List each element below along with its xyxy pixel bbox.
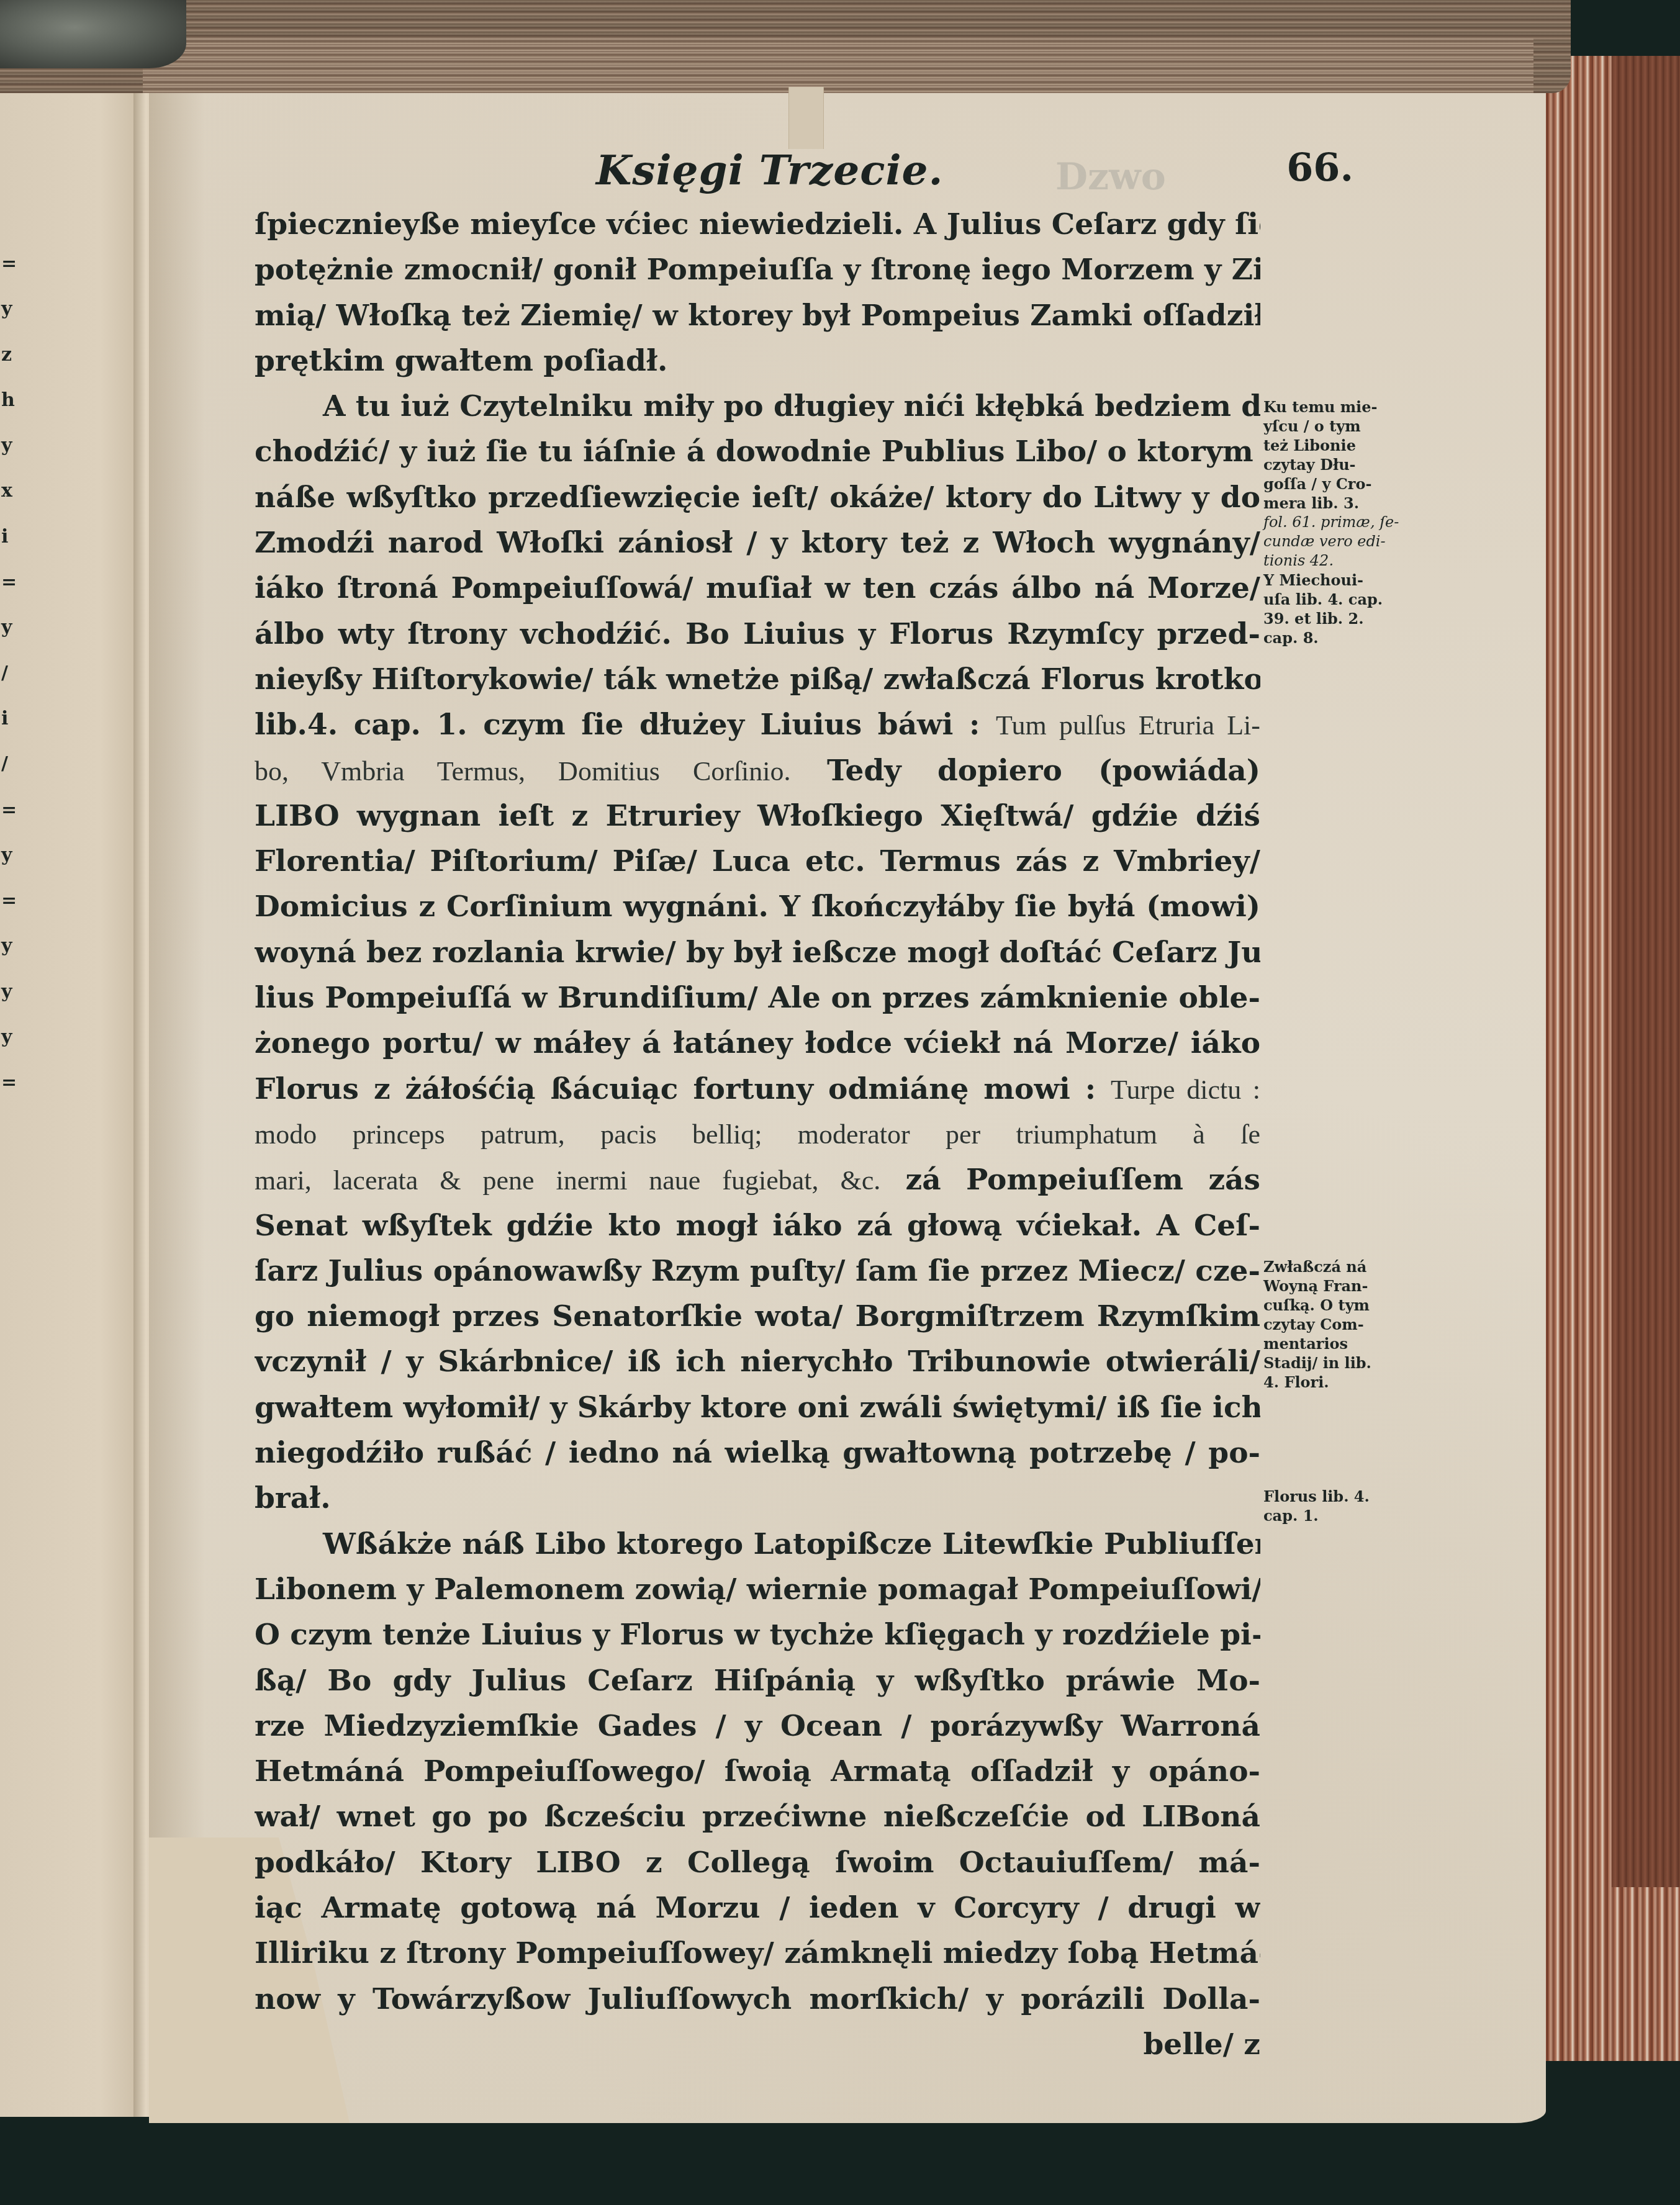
binding-edge <box>1612 56 1680 1887</box>
left-page-glyph: h <box>1 377 20 423</box>
margin-note-line: czytay Dłu- <box>1263 455 1406 474</box>
margin-note-line: yſcu / o tym <box>1263 417 1406 436</box>
headband <box>0 0 186 68</box>
margin-note-line: cap. 8. <box>1263 628 1406 647</box>
text-line: álbo wty ſtrony vchodźić. Bo Liuius y Fl… <box>255 611 1260 657</box>
margin-note-dlugosz: Ku temu mie- yſcu / o tym też Libonie cz… <box>1263 397 1406 647</box>
left-page-glyph: = <box>1 1060 20 1105</box>
margin-note-line: uſa lib. 4. cap. <box>1263 590 1406 609</box>
text-line: vczynił / y Skárbnice/ iß ich nierychło … <box>255 1339 1260 1384</box>
margin-note-line: cap. 1. <box>1263 1506 1406 1525</box>
page-shadow <box>149 81 205 2123</box>
text-line: ſarz Julius opánowawßy Rzym puſty/ ſam ſ… <box>255 1248 1260 1294</box>
text-line: Illiriku z ſtrony Pompeiuſſowey/ zámknęl… <box>255 1931 1260 1976</box>
left-page-glyph: y <box>1 605 20 650</box>
latin-quote: Turpe dictu : <box>1111 1075 1260 1105</box>
text-line: podkáło/ Ktory LIBO z Collegą ſwoim Octa… <box>255 1840 1260 1885</box>
latin-quote: mari, lacerata & pene inermi naue fugieb… <box>255 1165 880 1196</box>
text-line: now y Towárzyßow Juliuſſowych morſkich/ … <box>255 1977 1260 2022</box>
text-line: O czym tenże Liuius y Florus w tychże kſ… <box>255 1612 1260 1657</box>
left-page-glyph: y <box>1 1014 20 1060</box>
paper-tab <box>788 87 824 149</box>
margin-note-line: tionis 42. <box>1263 551 1406 570</box>
text-line: LIBO wygnan ieſt z Etruriey Włoſkiego Xi… <box>255 793 1260 839</box>
fraktur-run: zá Pompeiuſſem zás <box>906 1163 1260 1197</box>
top-edge-inner <box>143 37 1533 93</box>
text-line: potężnie zmocnił/ gonił Pompeiuſſa y ſtr… <box>255 247 1260 292</box>
margin-note-line: Y Miechoui- <box>1263 570 1406 590</box>
latin-quote: bo, Vmbria Termus, Domitius Corſinio. <box>255 756 791 787</box>
text-line: Florentia/ Piſtorium/ Piſæ/ Luca etc. Te… <box>255 839 1260 884</box>
margin-note-line: goſſa / y Cro- <box>1263 474 1406 494</box>
text-line: lius Pompeiuſſá w Brundiſium/ Ale on prz… <box>255 975 1260 1021</box>
left-page-glyph: i <box>1 696 20 741</box>
latin-quote-line: modo princeps patrum, pacis belliq; mode… <box>255 1112 1260 1157</box>
left-page-text-fragments: =yzhyxi=y/i/=y=yyy= <box>1 241 20 1106</box>
left-page-glyph: z <box>1 332 20 377</box>
text-line: rze Miedzyziemſkie Gades / y Ocean / por… <box>255 1703 1260 1749</box>
text-line: Hetmáná Pompeiuſſowego/ ſwoią Armatą oſſ… <box>255 1749 1260 1794</box>
left-page-glyph: = <box>1 787 20 832</box>
margin-note-line: mera lib. 3. <box>1263 494 1406 513</box>
text-line: iáko ſtroná Pompeiuſſowá/ muſiał w ten c… <box>255 566 1260 611</box>
left-page-glyph: y <box>1 923 20 968</box>
left-page-glyph: y <box>1 969 20 1014</box>
text-line-mixed: Florus z żáłośćią ßácuiąc fortuny odmián… <box>255 1066 1260 1112</box>
margin-note-line: Florus lib. 4. <box>1263 1487 1406 1506</box>
text-line: żonego portu/ w máłey á łatáney łodce vć… <box>255 1021 1260 1066</box>
left-page-glyph: y <box>1 832 20 878</box>
margin-note-line: Zwłaßczá ná <box>1263 1257 1406 1276</box>
paragraph-start: Wßákże náß Libo ktorego Latopißcze Litew… <box>255 1522 1260 1567</box>
left-page-glyph: i <box>1 514 20 559</box>
margin-note-line: 39. et lib. 2. <box>1263 609 1406 628</box>
text-line: Zmodźi narod Włoſki zániosł / y ktory te… <box>255 520 1260 566</box>
text-line: Domicius z Corſinium wygnáni. Y ſkończył… <box>255 884 1260 929</box>
main-text-block: ſpiecznieyße mieyſce vćiec niewiedzieli.… <box>255 202 1260 2067</box>
book-spread: =yzhyxi=y/i/=y=yyy= Dzwo Księgi Trzecie.… <box>0 0 1680 2205</box>
text-line: chodźić/ y iuż ſie tu iáſnie á dowodnie … <box>255 429 1260 474</box>
margin-note-line: Woyną Fran- <box>1263 1276 1406 1296</box>
text-line: niegodźiło rußáć / iedno ná wielką gwałt… <box>255 1430 1260 1476</box>
left-page <box>0 74 143 2117</box>
margin-note-line: czytay Com- <box>1263 1315 1406 1334</box>
text-line: ſpiecznieyße mieyſce vćiec niewiedzieli.… <box>255 202 1260 247</box>
text-line: ßą/ Bo gdy Julius Ceſarz Hiſpánią y wßyſ… <box>255 1658 1260 1703</box>
text-line: woyná bez rozlania krwie/ by był ießcze … <box>255 930 1260 975</box>
margin-note-stadius: Zwłaßczá ná Woyną Fran- cuſką. O tym czy… <box>1263 1257 1406 1392</box>
text-line: iąc Armatę gotową ná Morzu / ieden v Cor… <box>255 1885 1260 1931</box>
left-page-glyph: y <box>1 286 20 331</box>
margin-note-line: cundæ vero edi- <box>1263 532 1406 551</box>
text-line: wał/ wnet go po ßcześciu przećiwne nießc… <box>255 1794 1260 1839</box>
text-line-mixed: bo, Vmbria Termus, Domitius Corſinio. Te… <box>255 748 1260 793</box>
catchword: belle/ z <box>255 2022 1260 2067</box>
fraktur-run: Tedy dopiero (powiáda) <box>827 754 1260 788</box>
margin-note-line: Stadij/ in lib. <box>1263 1353 1406 1373</box>
left-page-glyph: x <box>1 468 20 513</box>
latin-quote: Tum pulſus Etruria Li- <box>996 710 1260 741</box>
text-line-mixed: mari, lacerata & pene inermi naue fugieb… <box>255 1157 1260 1202</box>
page-header: Księgi Trzecie. 66. <box>596 146 1353 202</box>
text-line: mią/ Włoſką też Ziemię/ w ktorey był Pom… <box>255 293 1260 338</box>
margin-note-line: też Libonie <box>1263 436 1406 455</box>
top-edge-leaves <box>0 0 1571 93</box>
left-page-glyph: / <box>1 741 20 787</box>
text-line-mixed: lib.4. cap. 1. czym ſie dłużey Liuius bá… <box>255 702 1260 747</box>
margin-note-line: mentarios <box>1263 1334 1406 1353</box>
folio-number: 66. <box>1286 145 1353 190</box>
margin-note-line: cuſką. O tym <box>1263 1296 1406 1315</box>
text-line: náße wßyſtko przedſiewzięcie ieſt/ okáże… <box>255 475 1260 520</box>
fraktur-run: lib.4. cap. 1. czym ſie dłużey Liuius bá… <box>255 708 980 742</box>
paragraph-start: A tu iuż Czytelniku miły po długiey nići… <box>255 384 1260 429</box>
margin-note-line: fol. 61. primæ, ſe- <box>1263 513 1406 532</box>
text-line: brał. <box>255 1476 1260 1521</box>
margin-note-line: Ku temu mie- <box>1263 397 1406 417</box>
margin-note-florus: Florus lib. 4. cap. 1. <box>1263 1487 1406 1525</box>
text-line: go niemogł przes Senatorſkie wota/ Borgm… <box>255 1294 1260 1339</box>
left-page-glyph: = <box>1 878 20 923</box>
running-title: Księgi Trzecie. <box>596 146 944 194</box>
left-page-glyph: y <box>1 423 20 468</box>
text-line: Senat wßyſtek gdźie kto mogł iáko zá gło… <box>255 1203 1260 1248</box>
fraktur-run: Florus z żáłośćią ßácuiąc fortuny odmián… <box>255 1072 1096 1106</box>
text-line: gwałtem wyłomił/ y Skárby ktore oni zwál… <box>255 1385 1260 1430</box>
left-page-glyph: = <box>1 241 20 286</box>
left-page-glyph: / <box>1 651 20 696</box>
text-line: prętkim gwałtem poſiadł. <box>255 338 1260 384</box>
left-page-glyph: = <box>1 559 20 605</box>
text-line: nieyßy Hiſtorykowie/ ták wnetże pißą/ zw… <box>255 657 1260 702</box>
margin-note-line: 4. Flori. <box>1263 1373 1406 1392</box>
text-line: Libonem y Palemonem zowią/ wiernie pomag… <box>255 1567 1260 1612</box>
